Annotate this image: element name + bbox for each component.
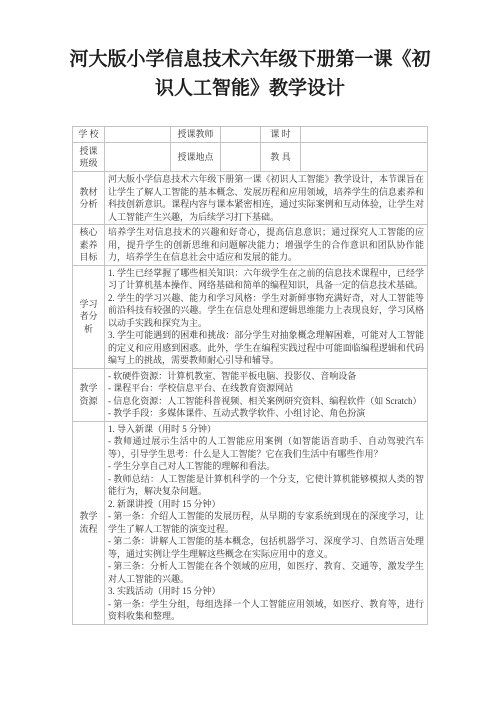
class-value-cell — [105, 143, 171, 172]
document-page: 河大版小学信息技术六年级下册第一课《初识人工智能》教学设计 学 校 授课教师 课… — [0, 0, 500, 707]
paragraph: - 教学手段：多媒体课件、互动式教学软件、小组讨论、角色扮演 — [108, 407, 424, 420]
textbook-analysis-content: 河大版小学信息技术六年级下册第一课《初识人工智能》教学设计，本节课旨在让学生了解… — [105, 172, 428, 225]
aids-value-cell — [301, 143, 428, 172]
school-value-cell — [105, 127, 171, 143]
paragraph: - 软硬件资源：计算机教室、智能平板电脑、投影仪、音响设备 — [108, 370, 424, 383]
row-teaching-resources: 教学资源 - 软硬件资源：计算机教室、智能平板电脑、投影仪、音响设备- 课程平台… — [73, 368, 428, 421]
teaching-process-content: 1. 导入新课（用时 5 分钟）- 教师通过展示生活中的人工智能应用案例（如智能… — [105, 421, 428, 624]
paragraph: - 第一条：介绍人工智能的发展历程，从早期的专家系统到现在的深度学习，让学生了解… — [108, 510, 424, 535]
paragraph: - 学生分享自己对人工智能的理解和看法。 — [108, 460, 424, 473]
paragraph: 1. 导入新课（用时 5 分钟） — [108, 423, 424, 436]
learner-analysis-content: 1. 学生已经掌握了哪些相关知识：六年级学生在之前的信息技术课程中，已经学习了计… — [105, 265, 428, 368]
location-label: 授课地点 — [171, 143, 221, 172]
paragraph: - 第三条：分析人工智能在各个领域的应用，如医疗、教育、交通等，激发学生对人工智… — [108, 560, 424, 585]
core-competency-content: 培养学生对信息技术的兴趣和好奇心，提高信息意识；通过探究人工智能的应用，提升学生… — [105, 225, 428, 266]
paragraph: 培养学生对信息技术的兴趣和好奇心，提高信息意识；通过探究人工智能的应用，提升学生… — [108, 226, 424, 264]
textbook-analysis-label: 教材分析 — [73, 172, 105, 225]
page-title: 河大版小学信息技术六年级下册第一课《初识人工智能》教学设计 — [64, 45, 436, 103]
learner-analysis-label: 学习者分析 — [73, 265, 105, 368]
lesson-plan-table: 学 校 授课教师 课 时 授课班级 授课地点 教 具 教材分析 河大版小学信息技… — [72, 126, 428, 625]
row-teaching-process: 教学流程 1. 导入新课（用时 5 分钟）- 教师通过展示生活中的人工智能应用案… — [73, 421, 428, 624]
paragraph: 3. 学生可能遇到的困难和挑战：部分学生对抽象概念理解困难，可能对人工智能的定义… — [108, 329, 424, 367]
paragraph: 1. 学生已经掌握了哪些相关知识：六年级学生在之前的信息技术课程中，已经学习了计… — [108, 267, 424, 292]
row-textbook-analysis: 教材分析 河大版小学信息技术六年级下册第一课《初识人工智能》教学设计，本节课旨在… — [73, 172, 428, 225]
paragraph: - 第二条：讲解人工智能的基本概念，包括机器学习、深度学习、自然语言处理等，通过… — [108, 535, 424, 560]
aids-label: 教 具 — [261, 143, 301, 172]
paragraph: 2. 新课讲授（用时 15 分钟） — [108, 498, 424, 511]
paragraph: 3. 实践活动（用时 15 分钟） — [108, 585, 424, 598]
teacher-value-cell — [221, 127, 261, 143]
info-row-class-location-aids: 授课班级 授课地点 教 具 — [73, 143, 428, 172]
location-value-cell — [221, 143, 261, 172]
paragraph: - 第一条：学生分组，每组选择一个人工智能应用领域，如医疗、教育等，进行资料收集… — [108, 598, 424, 623]
row-core-competency-goals: 核心素养目标 培养学生对信息技术的兴趣和好奇心，提高信息意识；通过探究人工智能的… — [73, 225, 428, 266]
paragraph: - 信息化资源：人工智能科普视频、相关案例研究资料、编程软件（如 Scratch… — [108, 395, 424, 408]
period-value-cell — [301, 127, 428, 143]
teaching-resources-content: - 软硬件资源：计算机教室、智能平板电脑、投影仪、音响设备- 课程平台：学校信息… — [105, 368, 428, 421]
info-row-school-teacher-period: 学 校 授课教师 课 时 — [73, 127, 428, 143]
paragraph: 河大版小学信息技术六年级下册第一课《初识人工智能》教学设计，本节课旨在让学生了解… — [108, 173, 424, 223]
school-label: 学 校 — [73, 127, 105, 143]
core-competency-label: 核心素养目标 — [73, 225, 105, 266]
paragraph: - 教师总结：人工智能是计算机科学的一个分支，它使计算机能够模拟人类的智能行为，… — [108, 473, 424, 498]
paragraph: 2. 学生的学习兴趣、能力和学习风格：学生对新鲜事物充满好奇，对人工智能等前沿科… — [108, 292, 424, 330]
paragraph: - 教师通过展示生活中的人工智能应用案例（如智能语音助手、自动驾驶汽车等），引导… — [108, 435, 424, 460]
teaching-resources-label: 教学资源 — [73, 368, 105, 421]
paragraph: - 课程平台：学校信息平台、在线教育资源网站 — [108, 382, 424, 395]
period-label: 课 时 — [261, 127, 301, 143]
teacher-label: 授课教师 — [171, 127, 221, 143]
row-learner-analysis: 学习者分析 1. 学生已经掌握了哪些相关知识：六年级学生在之前的信息技术课程中，… — [73, 265, 428, 368]
class-label: 授课班级 — [73, 143, 105, 172]
teaching-process-label: 教学流程 — [73, 421, 105, 624]
